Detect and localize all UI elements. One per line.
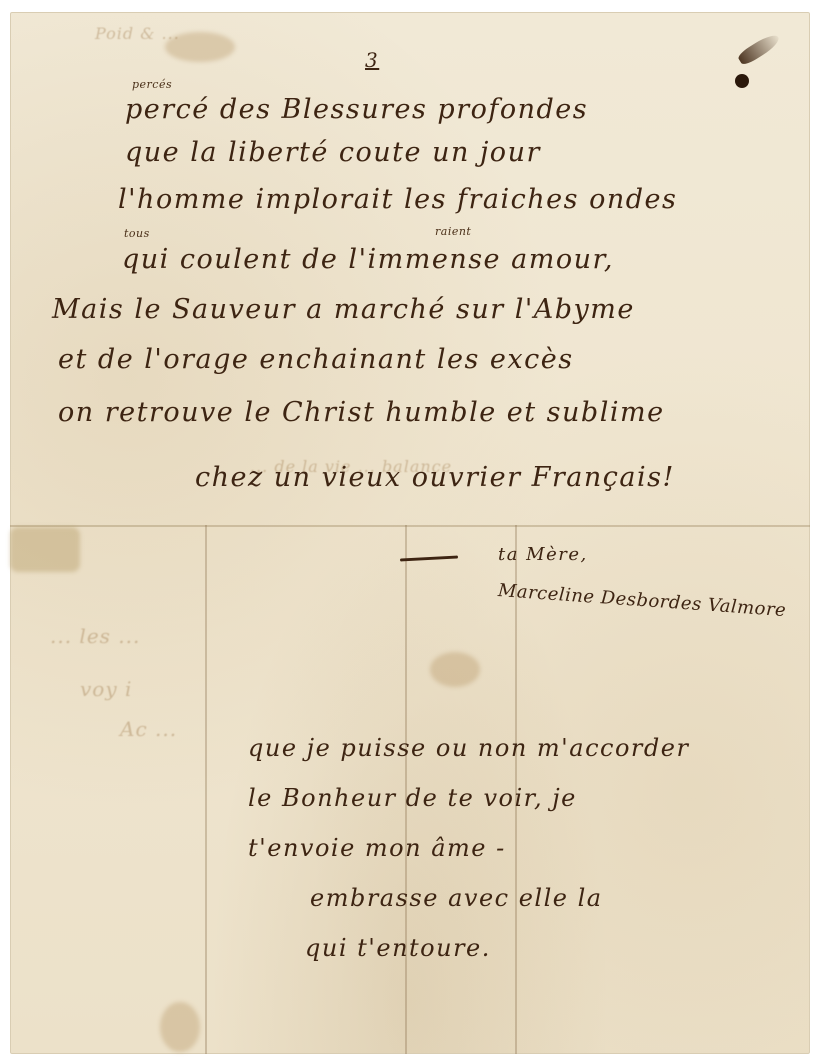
stain <box>160 1002 200 1052</box>
signature-closing: ta Mère, <box>498 544 588 565</box>
correction-below-line-3-right: raient <box>435 225 471 238</box>
postscript-line-1: que je puisse ou non m'accorder <box>248 734 689 762</box>
ink-blot-splash <box>736 31 782 67</box>
page-number: 3 <box>365 48 379 72</box>
fold-line-horizontal <box>10 525 810 527</box>
stain <box>10 527 80 572</box>
bleed-through-text: ... les ... <box>50 624 140 648</box>
poem-line-6: et de l'orage enchainant les excès <box>58 344 574 375</box>
poem-line-2: que la liberté coute un jour <box>125 137 541 168</box>
manuscript-page: Poid & ... ... les ... voy i Ac ... ... … <box>10 12 810 1054</box>
poem-line-4: qui coulent de l'immense amour, <box>122 244 614 275</box>
poem-line-1: percé des Blessures profondes <box>125 94 588 125</box>
postscript-line-2: le Bonheur de te voir, je <box>248 784 577 812</box>
bleed-through-text: Ac ... <box>120 717 177 741</box>
bleed-through-text: voy i <box>80 677 132 701</box>
poem-line-8: chez un vieux ouvrier Français! <box>195 462 675 493</box>
correction-below-line-3-left: tous <box>124 227 150 240</box>
poem-line-5: Mais le Sauveur a marché sur l'Abyme <box>52 294 635 325</box>
poem-line-3: l'homme implorait les fraiches ondes <box>118 184 677 215</box>
signature-name: Marceline Desbordes Valmore <box>497 580 787 621</box>
postscript-line-5: qui t'entoure. <box>305 934 491 962</box>
postscript-line-3: t'envoie mon âme - <box>248 834 506 862</box>
ink-blot <box>735 74 749 88</box>
stain <box>430 652 480 687</box>
poem-line-7: on retrouve le Christ humble et sublime <box>58 397 665 428</box>
postscript-line-4: embrasse avec elle la <box>310 884 603 912</box>
fold-line-vertical-1 <box>205 525 207 1054</box>
correction-above-line-1: percés <box>132 78 172 91</box>
faded-mark-top-left: Poid & ... <box>95 24 180 43</box>
signature-dash <box>400 555 458 561</box>
